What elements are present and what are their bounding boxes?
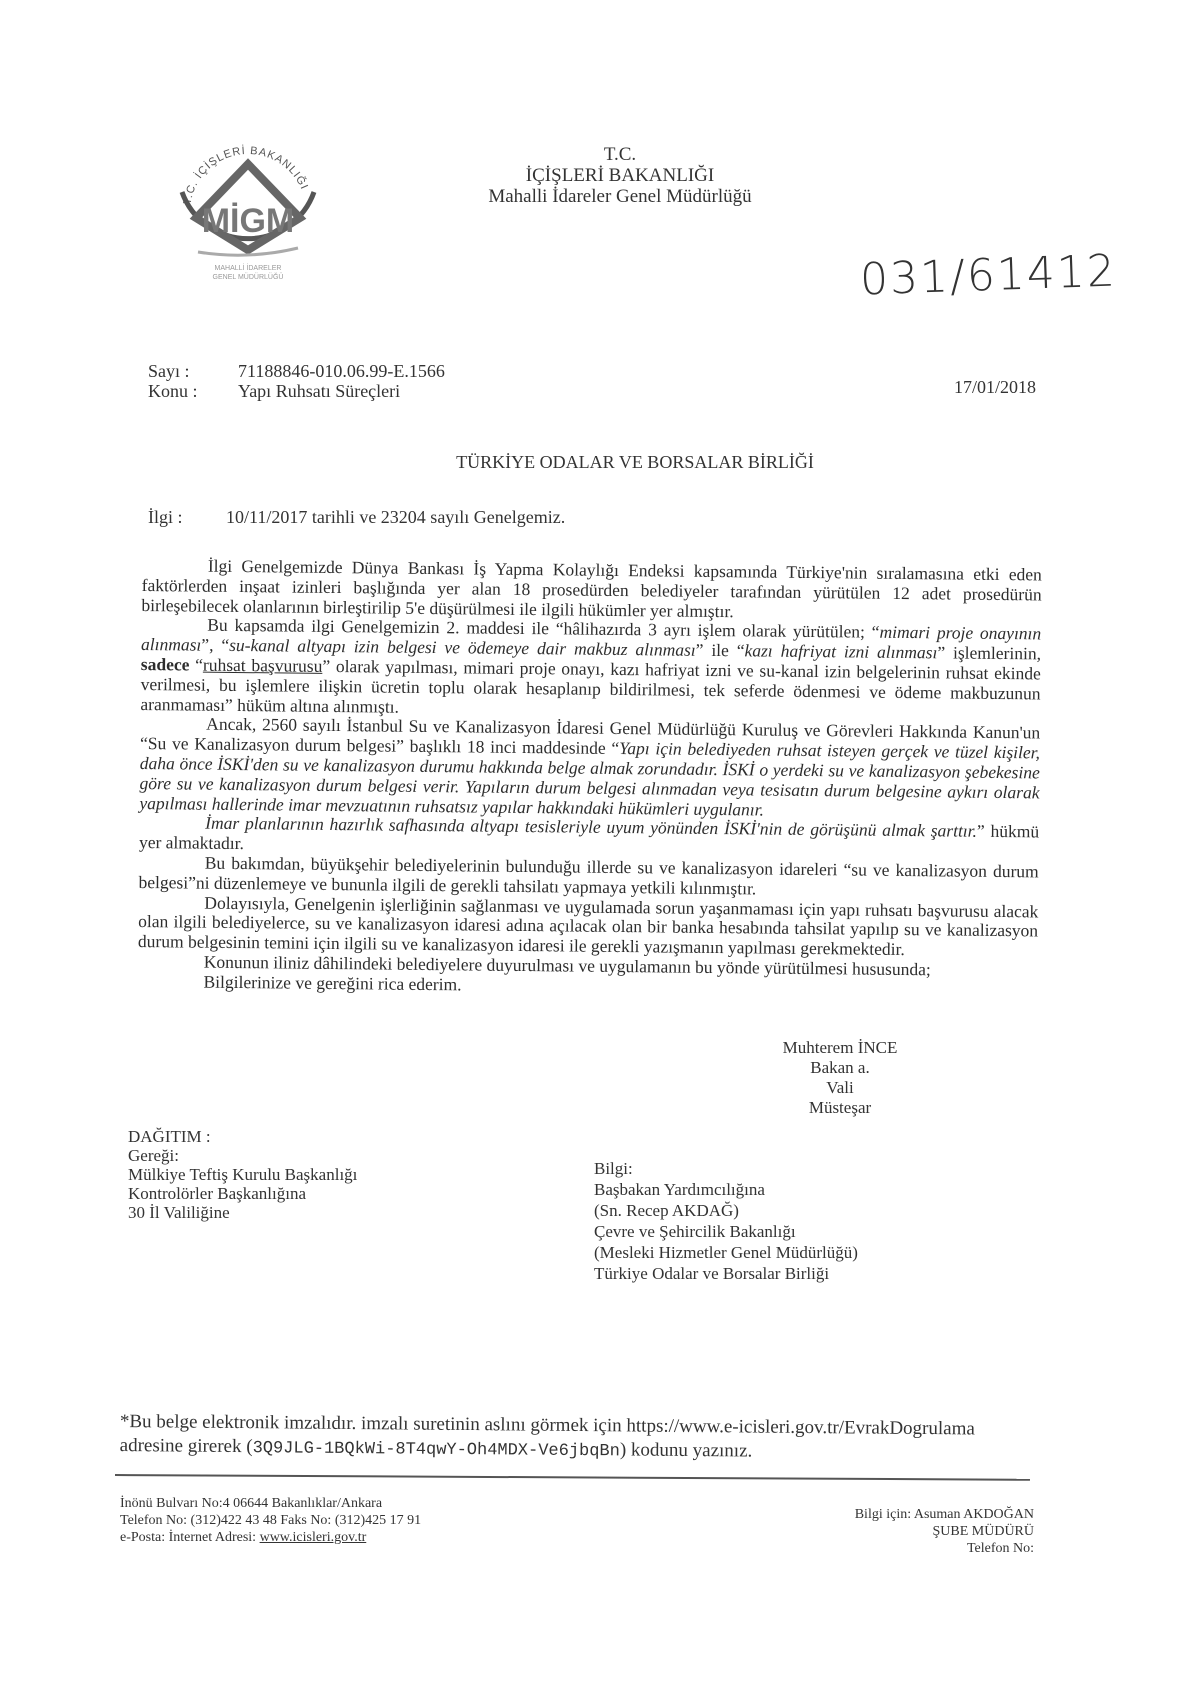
verification-code: 3Q9JLG-1BQkWi-8T4qwY-Oh4MDX-Ve6jbqBn [253, 1439, 620, 1461]
letter-body: İlgi Genelgemizde Dünya Bankası İş Yapma… [137, 556, 1042, 1001]
ilgi-value: 10/11/2017 tarihli ve 23204 sayılı Genel… [226, 507, 565, 528]
letterhead: T.C. İÇİŞLERİ BAKANLIĞI Mahalli İdareler… [480, 144, 760, 207]
footer-phone: Telefon No: (312)422 43 48 Faks No: (312… [120, 1512, 421, 1529]
konu-label: Konu : [148, 381, 238, 401]
footer-contact: İnönü Bulvarı No:4 06644 Bakanlıklar/Ank… [120, 1495, 421, 1546]
sayi-value: 71188846-010.06.99-E.1566 [238, 361, 445, 381]
footer-info-contact: Bilgi için: Asuman AKDOĞAN ŞUBE MÜDÜRÜ T… [820, 1506, 1034, 1557]
header-directorate: Mahalli İdareler Genel Müdürlüğü [480, 186, 760, 207]
handwritten-registry-number: 031/61412 [859, 246, 1117, 306]
distribution-title: DAĞITIM : [128, 1127, 357, 1146]
document-meta: Sayı : 71188846-010.06.99-E.1566 Konu : … [148, 361, 445, 401]
paragraph-2: Bu kapsamda ilgi Genelgemizin 2. maddesi… [140, 615, 1041, 723]
signatory-name: Muhterem İNCE [740, 1038, 940, 1058]
list-item: Türkiye Odalar ve Borsalar Birliği [594, 1263, 858, 1284]
e-signature-notice: *Bu belge elektronik imzalıdır. imzalı s… [120, 1410, 1040, 1468]
info-recipients: Bilgi: Başbakan Yardımcılığına (Sn. Rece… [594, 1158, 858, 1284]
header-tc: T.C. [480, 144, 760, 165]
header-ministry: İÇİŞLERİ BAKANLIĞI [480, 165, 760, 186]
svg-text:T.C. İÇİŞLERİ BAKANLIĞI: T.C. İÇİŞLERİ BAKANLIĞI [182, 144, 311, 205]
website-link[interactable]: www.icisleri.gov.tr [260, 1530, 367, 1545]
list-item: (Sn. Recep AKDAĞ) [594, 1200, 858, 1221]
distribution-list: DAĞITIM : Gereği: Mülkiye Teftiş Kurulu … [128, 1127, 357, 1222]
signature-block: Muhterem İNCE Bakan a. Vali Müsteşar [740, 1038, 940, 1118]
paragraph-1: İlgi Genelgemizde Dünya Bankası İş Yapma… [141, 556, 1042, 625]
svg-text:MİGM: MİGM [202, 202, 295, 240]
list-item: 30 İl Valiliğine [128, 1203, 357, 1222]
footer-divider [115, 1474, 1030, 1481]
reference-line: İlgi : 10/11/2017 tarihli ve 23204 sayıl… [148, 507, 565, 528]
document-date: 17/01/2018 [954, 377, 1036, 398]
ministry-logo: T.C. İÇİŞLERİ BAKANLIĞI MİGM MAHALLİ İDA… [168, 132, 328, 292]
list-item: (Mesleki Hizmetler Genel Müdürlüğü) [594, 1242, 858, 1263]
list-item: Mülkiye Teftiş Kurulu Başkanlığı [128, 1165, 357, 1184]
konu-value: Yapı Ruhsatı Süreçleri [238, 381, 400, 401]
ilgi-label: İlgi : [148, 507, 226, 528]
svg-text:MAHALLİ İDARELER: MAHALLİ İDARELER [215, 263, 282, 272]
addressee: TÜRKİYE ODALAR VE BORSALAR BİRLİĞİ [0, 452, 1200, 473]
ministry-emblem-icon: T.C. İÇİŞLERİ BAKANLIĞI MİGM MAHALLİ İDA… [168, 132, 328, 292]
sayi-label: Sayı : [148, 361, 238, 381]
paragraph-3: Ancak, 2560 sayılı İstanbul Su ve Kanali… [139, 714, 1040, 822]
list-item: Başbakan Yardımcılığına [594, 1179, 858, 1200]
footer-address: İnönü Bulvarı No:4 06644 Bakanlıklar/Ank… [120, 1495, 421, 1512]
list-item: Kontrolörler Başkanlığına [128, 1184, 357, 1203]
svg-text:GENEL MÜDÜRLÜĞÜ: GENEL MÜDÜRLÜĞÜ [213, 272, 284, 281]
list-item: Çevre ve Şehircilik Bakanlığı [594, 1221, 858, 1242]
paragraph-6: Dolayısıyla, Genelgenin işlerliğinin sağ… [138, 893, 1039, 962]
